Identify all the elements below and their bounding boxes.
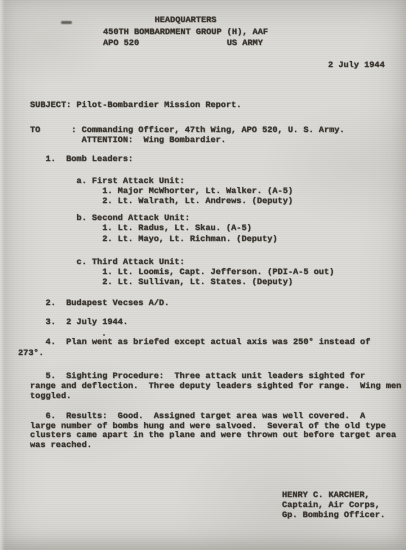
first-attack-unit-heading: a. First Attack Unit: <box>30 177 185 186</box>
second-attack-unit-heading: b. Second Attack Unit: <box>30 214 190 223</box>
para-6-results-line3: clusters came apart in the plane and wer… <box>30 431 396 440</box>
first-attack-unit-deputy: 2. Lt. Walrath, Lt. Andrews. (Deputy) <box>30 197 293 206</box>
subject-line: SUBJECT: Pilot-Bombardier Mission Report… <box>30 101 241 110</box>
para-4-plan-line2: 273°. <box>18 349 44 358</box>
para-1-bomb-leaders: 1. Bomb Leaders: <box>30 155 133 164</box>
para-5-sighting-line2: range and deflection. Three deputy leade… <box>30 382 401 391</box>
letterhead-group: 450TH BOMBARDMENT GROUP (H), AAF <box>103 28 268 37</box>
signature-name: HENRY C. KARCHER, <box>282 491 370 500</box>
signature-title: Gp. Bombing Officer. <box>282 511 385 520</box>
para-6-results-line1: 6. Results: Good. Assigned target area w… <box>30 412 365 421</box>
to-line: TO : Commanding Officer, 47th Wing, APO … <box>30 126 345 135</box>
document-date: 2 July 1944 <box>328 61 385 70</box>
para-6-results-line4: was reached. <box>30 441 92 450</box>
scanned-document-page: HEADQUARTERS 450TH BOMBARDMENT GROUP (H)… <box>0 0 406 550</box>
para-5-sighting-line3: toggled. <box>30 392 71 401</box>
para-4-plan-line1: 4. Plan went as briefed except actual ax… <box>30 338 370 347</box>
para-2-target: 2. Budapest Vecses A/D. <box>30 299 169 308</box>
attention-line: ATTENTION: Wing Bombardier. <box>30 136 226 145</box>
para-3-date: 3. 2 July 1944. <box>30 318 128 327</box>
second-attack-unit-deputy: 2. Lt. Mayo, Lt. Richman. (Deputy) <box>30 235 278 244</box>
scan-dot-artifact <box>103 334 105 336</box>
para-5-sighting-line1: 5. Sighting Procedure: Three attack unit… <box>30 372 365 381</box>
second-attack-unit-lead: 1. Lt. Radus, Lt. Skau. (A-5) <box>30 224 252 233</box>
first-attack-unit-lead: 1. Major McWhorter, Lt. Walker. (A-5) <box>30 187 293 196</box>
third-attack-unit-heading: c. Third Attack Unit: <box>30 258 185 267</box>
third-attack-unit-deputy: 2. Lt. Sullivan, Lt. States. (Deputy) <box>30 278 293 287</box>
letterhead-apo-army: APO 520 US ARMY <box>103 39 263 48</box>
signature-rank: Captain, Air Corps, <box>282 501 380 510</box>
third-attack-unit-lead: 1. Lt. Loomis, Capt. Jefferson. (PDI-A-5… <box>30 268 334 277</box>
letterhead-headquarters: HEADQUARTERS <box>103 16 216 25</box>
scan-smudge-mark <box>61 21 72 24</box>
